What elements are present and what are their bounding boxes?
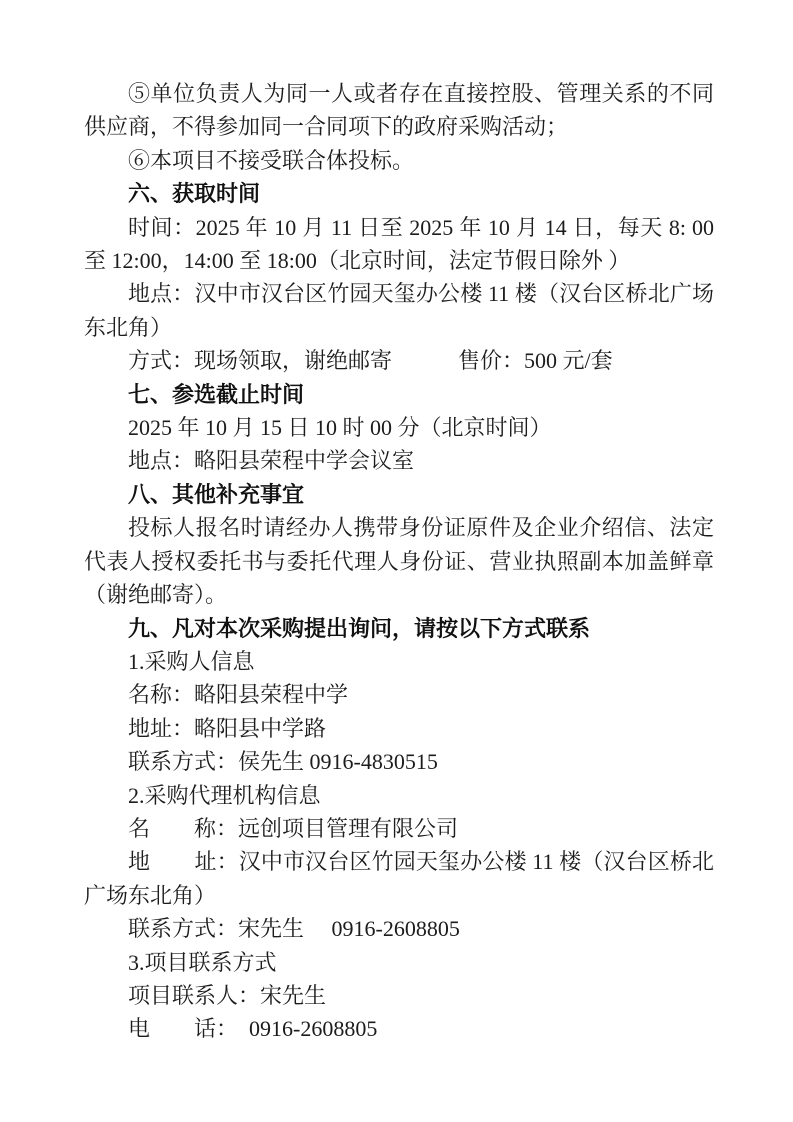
purchaser-info-label: 1.采购人信息 [84,645,714,678]
acquisition-place: 地点：汉中市汉台区竹园天玺办公楼 11 楼（汉台区桥北广场东北角） [84,277,714,344]
project-phone: 电 话： 0916-2608805 [84,1012,714,1045]
agency-info-label: 2.采购代理机构信息 [84,779,714,812]
document-body: ⑤单位负责人为同一人或者存在直接控股、管理关系的不同供应商，不得参加同一合同项下… [84,77,714,1046]
acquisition-time: 时间：2025 年 10 月 11 日至 2025 年 10 月 14 日，每天… [84,211,714,278]
section-7-heading: 七、参选截止时间 [84,378,714,411]
supplement-note: 投标人报名时请经办人携带身份证原件及企业介绍信、法定代表人授权委托书与委托代理人… [84,511,714,611]
section-8-heading: 八、其他补充事宜 [84,478,714,511]
agency-address: 地 址：汉中市汉台区竹园天玺办公楼 11 楼（汉台区桥北广场东北角） [84,845,714,912]
project-contact-person: 项目联系人：宋先生 [84,979,714,1012]
clause-5-supplier-restriction: ⑤单位负责人为同一人或者存在直接控股、管理关系的不同供应商，不得参加同一合同项下… [84,77,714,144]
clause-6-no-consortium: ⑥本项目不接受联合体投标。 [84,144,714,177]
purchaser-address: 地址：略阳县中学路 [84,712,714,745]
deadline-place: 地点：略阳县荣程中学会议室 [84,444,714,477]
section-9-heading: 九、凡对本次采购提出询问，请按以下方式联系 [84,612,714,645]
agency-contact: 联系方式：宋先生 0916-2608805 [84,912,714,945]
project-contact-label: 3.项目联系方式 [84,946,714,979]
document-page: ⑤单位负责人为同一人或者存在直接控股、管理关系的不同供应商，不得参加同一合同项下… [0,0,793,1122]
deadline-time: 2025 年 10 月 15 日 10 时 00 分（北京时间） [84,411,714,444]
agency-name: 名 称：远创项目管理有限公司 [84,812,714,845]
purchaser-name: 名称：略阳县荣程中学 [84,678,714,711]
purchaser-contact: 联系方式：侯先生 0916-4830515 [84,745,714,778]
acquisition-method-price: 方式：现场领取，谢绝邮寄 售价：500 元/套 [84,344,714,377]
section-6-heading: 六、获取时间 [84,177,714,210]
